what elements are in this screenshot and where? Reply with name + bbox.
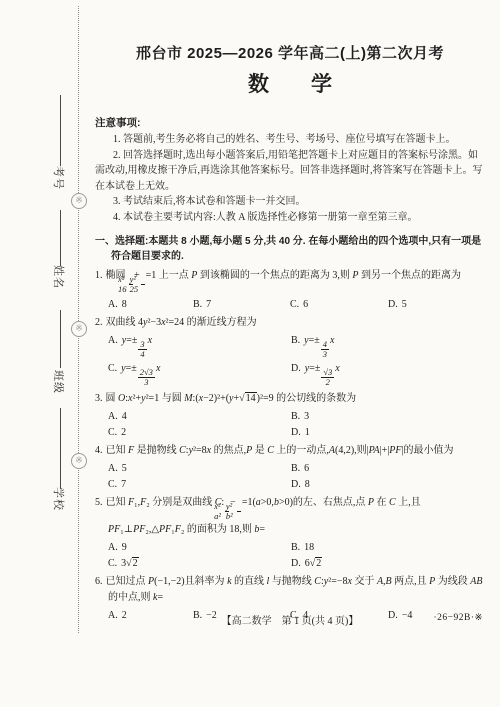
question-number: 6. [95, 576, 106, 587]
seal-stamp-icon: ※ [71, 453, 87, 469]
options-grid: A.5B.6C.7D.8 [108, 462, 485, 492]
seal-perforation-line [78, 6, 79, 633]
option-b: B.6 [291, 462, 485, 476]
option-label: C. [108, 427, 121, 438]
option-c: C.7 [108, 478, 291, 492]
options-grid: A.9B.18C.3√2D.6√2 [108, 541, 485, 571]
option-b: B.y=±43x [291, 334, 485, 360]
option-a: A.5 [108, 462, 291, 476]
option-b: B.3 [291, 410, 485, 424]
option-label: B. [291, 542, 304, 553]
option-label: A. [108, 542, 122, 553]
option-d: D.5 [388, 298, 485, 312]
seal-label-school: 学校 [51, 484, 67, 514]
option-label: D. [291, 558, 305, 569]
class-blank-line [60, 310, 61, 368]
school-blank-line [60, 408, 61, 488]
options-grid: A.8B.7C.6D.5 [108, 298, 485, 312]
option-label: A. [108, 299, 122, 310]
option-d: D.y=±√32x [291, 362, 485, 388]
seal-stamp-icon: ※ [71, 193, 87, 209]
page-footer: 【高二数学 第 1 页(共 4 页)】 ·26−92B·※ [95, 612, 485, 627]
option-a: A.8 [108, 298, 193, 312]
question-stem: 4.已知 F 是抛物线 C:y²=8x 的焦点,P 是 C 上的一动点,A(4,… [108, 443, 485, 459]
options-grid: A.y=±34xB.y=±43xC.y=±2√33xD.y=±√32x [108, 334, 485, 388]
option-c: C.2 [108, 426, 291, 440]
question: 5.已知 F₁,F₂ 分别是双曲线 C:x²a²−y²b²=1(a>0,b>0)… [95, 495, 485, 571]
question-number: 4. [95, 445, 106, 456]
option-label: B. [193, 299, 206, 310]
section-heading: 一、选择题:本题共 8 小题,每小题 5 分,共 40 分. 在每小题给出的四个… [95, 234, 485, 265]
question-stem: 1.椭圆 x²16+y²25=1 上一点 P 到该椭圆的一个焦点的距离为 3,则… [108, 268, 485, 295]
option-label: D. [291, 427, 305, 438]
name-blank-line [60, 210, 61, 266]
footer-page-indicator: 【高二数学 第 1 页(共 4 页)】 [95, 612, 485, 627]
question: 1.椭圆 x²16+y²25=1 上一点 P 到该椭圆的一个焦点的距离为 3,则… [95, 268, 485, 312]
option-c: C.6 [290, 298, 388, 312]
option-label: D. [388, 299, 402, 310]
option-d: D.8 [291, 478, 485, 492]
page-title: 邢台市 2025—2026 学年高二(上)第二次月考 [95, 42, 485, 63]
option-a: A.4 [108, 410, 291, 424]
question: 4.已知 F 是抛物线 C:y²=8x 的焦点,P 是 C 上的一动点,A(4,… [95, 443, 485, 492]
notice-item: 3. 考试结束后,将本试卷和答题卡一并交回。 [95, 194, 485, 210]
question-stem: 3.圆 O:x²+y²=1 与圆 M:(x−2)²+(y+√14)²=9 的公切… [108, 391, 485, 407]
footer-paper-code: ·26−92B·※ [434, 612, 483, 623]
option-label: A. [108, 463, 122, 474]
option-label: C. [108, 363, 121, 374]
option-label: D. [291, 363, 305, 374]
question-number: 2. [95, 317, 106, 328]
option-c: C.y=±2√33x [108, 362, 291, 388]
option-b: B.7 [193, 298, 290, 312]
option-a: A.9 [108, 541, 291, 555]
option-label: A. [108, 411, 122, 422]
options-grid: A.4B.3C.2D.1 [108, 410, 485, 440]
option-b: B.18 [291, 541, 485, 555]
exam-paper-page: 考号 姓名 班级 学校 ※ ※ ※ 邢台市 2025—2026 学年高二(上)第… [0, 0, 500, 707]
subject-title: 数 学 [95, 68, 485, 98]
seal-label-class: 班级 [51, 367, 67, 397]
question-number: 3. [95, 393, 106, 404]
option-label: B. [291, 463, 304, 474]
notice-item: 2. 回答选择题时,选出每小题答案后,用铅笔把答题卡上对应题目的答案标号涂黑。如… [95, 148, 485, 195]
notice-item: 1. 答题前,考生务必将自己的姓名、考生号、考场号、座位号填写在答题卡上。 [95, 132, 485, 148]
question-stem: 6.已知过点 P(−1,−2)且斜率为 k 的直线 l 与抛物线 C:y²=−8… [108, 574, 485, 606]
option-label: C. [108, 479, 121, 490]
option-d: D.6√2 [291, 557, 485, 571]
question-number: 1. [95, 270, 106, 281]
question-number: 5. [95, 497, 106, 508]
question: 3.圆 O:x²+y²=1 与圆 M:(x−2)²+(y+√14)²=9 的公切… [95, 391, 485, 440]
question-stem: 2.双曲线 4y²−3x²=24 的渐近线方程为 [108, 315, 485, 331]
notice-item: 4. 本试卷主要考试内容:人教 A 版选择性必修第一册第一章至第三章。 [95, 210, 485, 226]
questions-list: 1.椭圆 x²16+y²25=1 上一点 P 到该椭圆的一个焦点的距离为 3,则… [95, 268, 485, 623]
option-c: C.3√2 [108, 557, 291, 571]
option-label: B. [291, 335, 304, 346]
option-a: A.y=±34x [108, 334, 291, 360]
option-d: D.1 [291, 426, 485, 440]
exam-number-blank-line [60, 95, 61, 166]
notices-header: 注意事项: [95, 115, 485, 130]
notices-list: 1. 答题前,考生务必将自己的姓名、考生号、考场号、座位号填写在答题卡上。2. … [95, 132, 485, 226]
question: 2.双曲线 4y²−3x²=24 的渐近线方程为A.y=±34xB.y=±43x… [95, 315, 485, 388]
option-label: D. [291, 479, 305, 490]
option-label: B. [291, 411, 304, 422]
seal-label-exam-number: 考号 [51, 163, 67, 193]
seal-label-name: 姓名 [51, 262, 67, 292]
option-label: C. [108, 558, 121, 569]
option-label: A. [108, 335, 122, 346]
question-stem: 5.已知 F₁,F₂ 分别是双曲线 C:x²a²−y²b²=1(a>0,b>0)… [108, 495, 485, 538]
option-label: C. [290, 299, 303, 310]
seal-stamp-icon: ※ [71, 321, 87, 337]
exam-content: 邢台市 2025—2026 学年高二(上)第二次月考 数 学 注意事项: 1. … [95, 38, 485, 624]
